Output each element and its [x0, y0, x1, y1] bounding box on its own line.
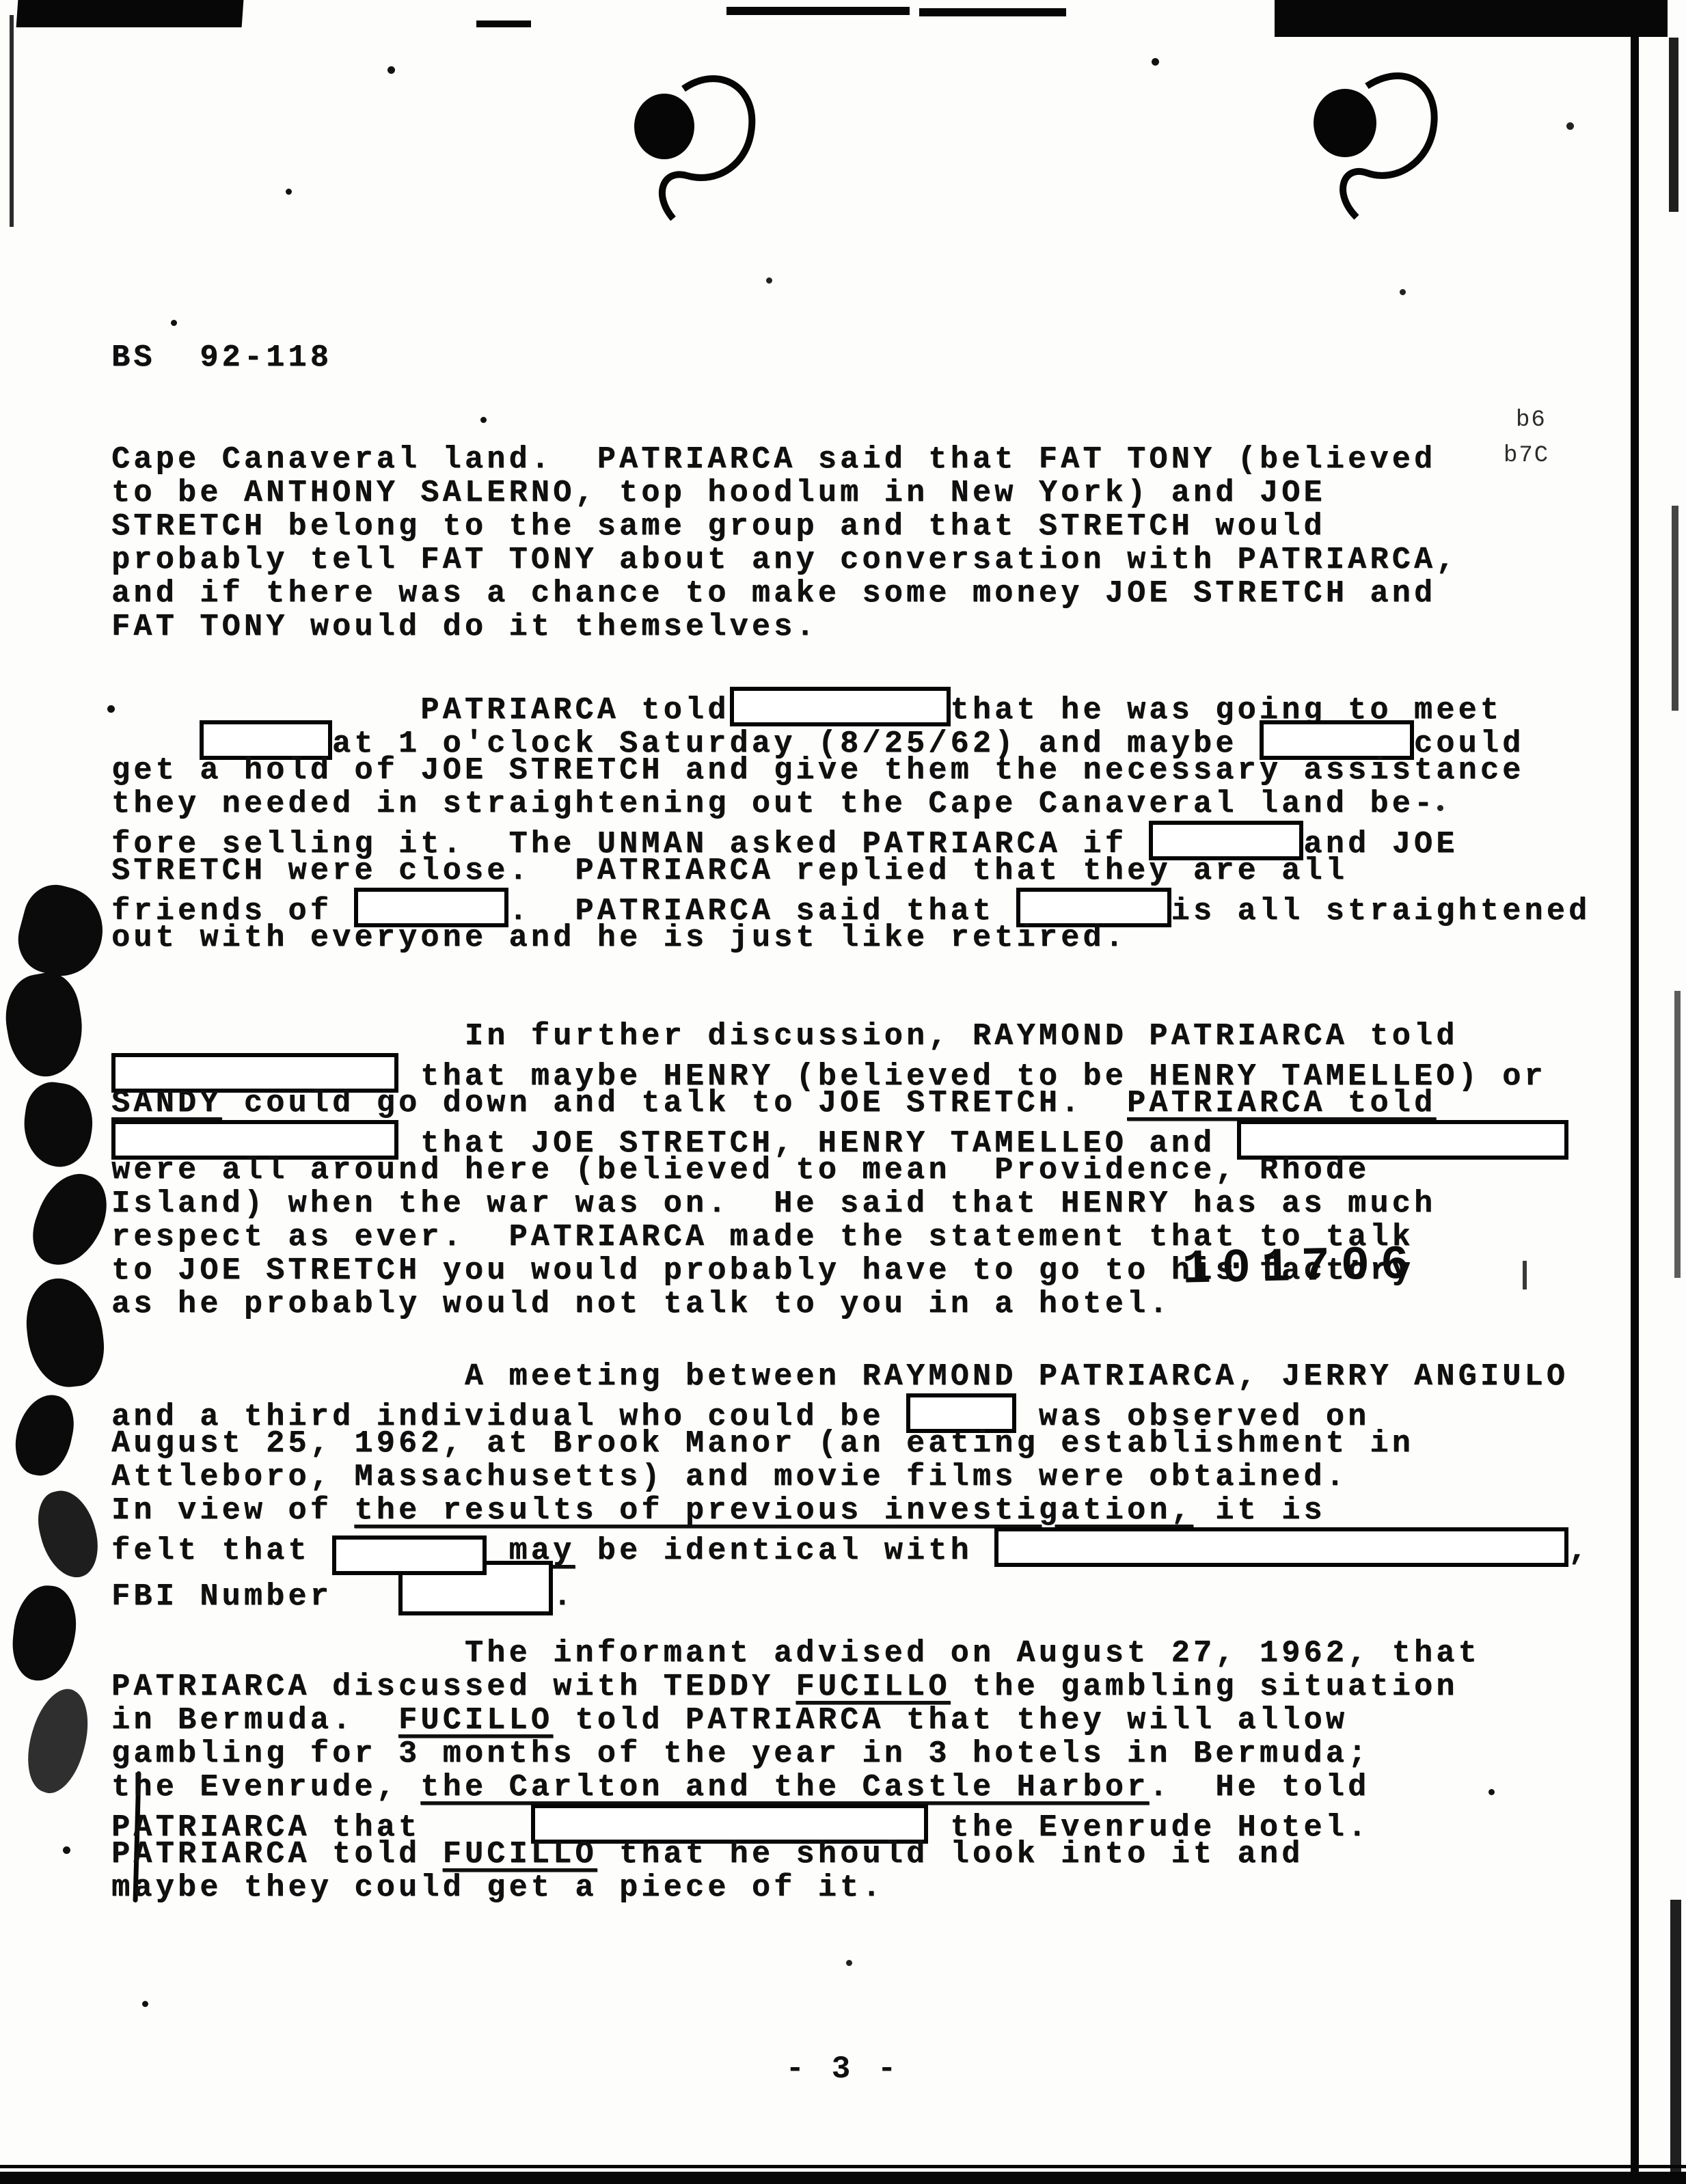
- scan-line-top-left-vertical: [10, 15, 14, 227]
- text-segment: In view of: [111, 1493, 354, 1528]
- text-segment: told PATRIARCA that they will allow: [553, 1703, 1348, 1738]
- text-segment: August 25, 1962, at Brook Manor (an eati…: [111, 1426, 1414, 1461]
- paragraph: The informant advised on August 27, 1962…: [111, 1637, 1642, 1905]
- text-line: PATRIARCA discussed with TEDDY FUCILLO t…: [111, 1670, 1642, 1704]
- text-line: Attleboro, Massachusetts) and movie film…: [111, 1460, 1642, 1494]
- redaction-box: [994, 1527, 1568, 1567]
- text-segment: PATRIARCA told: [1127, 1086, 1436, 1121]
- text-segment: the Carlton and the Castle Harbor: [420, 1770, 1149, 1805]
- document-body: Cape Canaveral land. PATRIARCA said that…: [111, 443, 1642, 1905]
- ink-smudge: [23, 1164, 117, 1276]
- text-line: In view of the results of previous inves…: [111, 1494, 1642, 1527]
- text-line: and a third individual who could be was …: [111, 1393, 1642, 1427]
- text-segment: maybe they could get a piece of it.: [111, 1870, 884, 1905]
- text-segment: to be ANTHONY SALERNO, top hoodlum in Ne…: [111, 476, 1326, 510]
- text-segment: the Evenrude,: [111, 1770, 420, 1805]
- scan-dash-top-1: [476, 21, 531, 27]
- text-segment: probably tell FAT TONY about any convers…: [111, 543, 1458, 577]
- text-segment: PATRIARCA told: [111, 1837, 443, 1872]
- text-segment: FUCILLO: [443, 1837, 597, 1872]
- text-segment: be identical with: [575, 1533, 994, 1568]
- text-segment: it is: [1193, 1493, 1326, 1528]
- text-segment: they needed in straightening out the Cap…: [111, 787, 1436, 821]
- text-segment: and if there was a chance to make some m…: [111, 576, 1436, 611]
- text-segment: could go down and talk to JOE STRETCH.: [222, 1086, 1127, 1121]
- ink-smudge: [16, 1682, 100, 1799]
- ink-smudge: [10, 878, 113, 985]
- scan-bar-bottom-thick: [0, 2172, 1686, 2184]
- text-segment: Attleboro, Massachusetts) and movie film…: [111, 1460, 1348, 1494]
- text-segment: in Bermuda.: [111, 1703, 398, 1738]
- text-line: August 25, 1962, at Brook Manor (an eati…: [111, 1427, 1642, 1460]
- scan-dash-top-3: [919, 8, 1066, 16]
- text-segment: FUCILLO: [796, 1669, 950, 1704]
- text-segment: that he should look into it and: [597, 1837, 1304, 1872]
- text-line: STRETCH belong to the same group and tha…: [111, 510, 1642, 543]
- text-line: The informant advised on August 27, 1962…: [111, 1637, 1642, 1670]
- text-line: and if there was a chance to make some m…: [111, 577, 1642, 610]
- text-segment: .: [553, 1579, 575, 1614]
- fastener-mark-right: [1292, 53, 1456, 228]
- text-segment: STRETCH belong to the same group and tha…: [111, 509, 1326, 544]
- text-segment: FAT TONY would do it themselves.: [111, 610, 818, 644]
- page-number: - 3 -: [0, 2051, 1686, 2087]
- text-segment: . He told: [1149, 1770, 1370, 1805]
- scan-speckles: [0, 0, 3, 3]
- scan-bar-top-left: [16, 0, 244, 27]
- text-segment: In further discussion, RAYMOND PATRIARCA…: [111, 1019, 1458, 1054]
- text-segment: the results of previous investigation,: [354, 1493, 1193, 1528]
- text-segment: STRETCH were close. PATRIARCA replied th…: [111, 854, 1348, 888]
- paragraph: PATRIARCA toldthat he was going to meet …: [111, 687, 1642, 955]
- text-line: PATRIARCA toldthat he was going to meet: [111, 687, 1642, 720]
- text-line: to be ANTHONY SALERNO, top hoodlum in Ne…: [111, 476, 1642, 510]
- classification-note-b6: b6: [1516, 407, 1547, 433]
- ink-smudge: [22, 1274, 108, 1391]
- text-segment: get a hold of JOE STRETCH and give them …: [111, 753, 1524, 788]
- text-line: In further discussion, RAYMOND PATRIARCA…: [111, 1020, 1642, 1053]
- paragraph: Cape Canaveral land. PATRIARCA said that…: [111, 443, 1642, 644]
- text-line: fore selling it. The UNMAN asked PATRIAR…: [111, 821, 1642, 854]
- text-line: the Evenrude, the Carlton and the Castle…: [111, 1771, 1642, 1804]
- text-segment: as he probably would not talk to you in …: [111, 1287, 1171, 1322]
- text-line: friends of . PATRIARCA said that is all …: [111, 888, 1642, 921]
- text-segment: gambling for 3 months of the year in 3 h…: [111, 1736, 1370, 1771]
- text-line: SANDY could go down and talk to JOE STRE…: [111, 1087, 1642, 1120]
- text-line: Island) when the war was on. He said tha…: [111, 1187, 1642, 1220]
- text-line: PATRIARCA told FUCILLO that he should lo…: [111, 1838, 1642, 1871]
- text-line: in Bermuda. FUCILLO told PATRIARCA that …: [111, 1704, 1642, 1737]
- ink-smudge: [31, 1484, 105, 1583]
- text-segment: Cape Canaveral land. PATRIARCA said that…: [111, 442, 1436, 477]
- text-line: A meeting between RAYMOND PATRIARCA, JER…: [111, 1360, 1642, 1393]
- scan-edge-right-seg4: [1670, 1900, 1681, 2184]
- text-segment: PATRIARCA discussed with TEDDY: [111, 1669, 796, 1704]
- scan-line-bottom-thin: [0, 2165, 1686, 2168]
- text-line: probably tell FAT TONY about any convers…: [111, 543, 1642, 577]
- scan-edge-right-seg2: [1672, 506, 1678, 711]
- fastener-mark-left: [615, 58, 772, 229]
- text-line: PATRIARCA that the Evenrude Hotel.: [111, 1804, 1642, 1838]
- text-segment: is all straightened: [1171, 894, 1591, 929]
- text-segment: were all around here (believed to mean P…: [111, 1153, 1370, 1188]
- text-segment: A meeting between RAYMOND PATRIARCA, JER…: [111, 1359, 1568, 1394]
- redaction-box: [332, 1535, 487, 1575]
- text-line: FAT TONY would do it themselves.: [111, 610, 1642, 644]
- scan-edge-right-seg3: [1674, 991, 1681, 1278]
- scanned-document-page: BS 92-118 b6 b7C Cape Canaveral land. PA…: [0, 0, 1686, 2184]
- text-line: they needed in straightening out the Cap…: [111, 787, 1642, 821]
- text-segment: The informant advised on August 27, 1962…: [111, 1636, 1480, 1671]
- text-segment: FBI Number: [111, 1579, 398, 1614]
- scan-dash-top-2: [726, 7, 910, 15]
- text-segment: the gambling situation: [951, 1669, 1458, 1704]
- serial-number-stamp: 101706: [1182, 1238, 1421, 1297]
- text-line: get a hold of JOE STRETCH and give them …: [111, 754, 1642, 787]
- text-segment: FUCILLO: [398, 1703, 553, 1738]
- text-line: at 1 o'clock Saturday (8/25/62) and mayb…: [111, 720, 1642, 754]
- paragraph: A meeting between RAYMOND PATRIARCA, JER…: [111, 1360, 1642, 1594]
- ink-smudge: [9, 1389, 79, 1481]
- text-line: that maybe HENRY (believed to be HENRY T…: [111, 1053, 1642, 1087]
- text-line: that JOE STRETCH, HENRY TAMELLEO and: [111, 1120, 1642, 1154]
- ink-smudge: [0, 968, 90, 1082]
- ink-smudge: [9, 1583, 80, 1684]
- scan-bar-top-right: [1275, 0, 1668, 37]
- ink-smudge: [18, 1079, 98, 1171]
- text-line: maybe they could get a piece of it.: [111, 1871, 1642, 1905]
- text-line: Cape Canaveral land. PATRIARCA said that…: [111, 443, 1642, 476]
- scan-edge-right-seg1: [1669, 38, 1678, 212]
- text-segment: SANDY: [111, 1086, 222, 1121]
- text-segment: out with everyone and he is just like re…: [111, 920, 1127, 955]
- text-segment: Island) when the war was on. He said tha…: [111, 1186, 1436, 1221]
- text-line: gambling for 3 months of the year in 3 h…: [111, 1737, 1642, 1771]
- text-segment: ,: [1568, 1533, 1590, 1568]
- text-line: felt that may be identical with ,: [111, 1527, 1642, 1561]
- case-header: BS 92-118: [111, 340, 332, 375]
